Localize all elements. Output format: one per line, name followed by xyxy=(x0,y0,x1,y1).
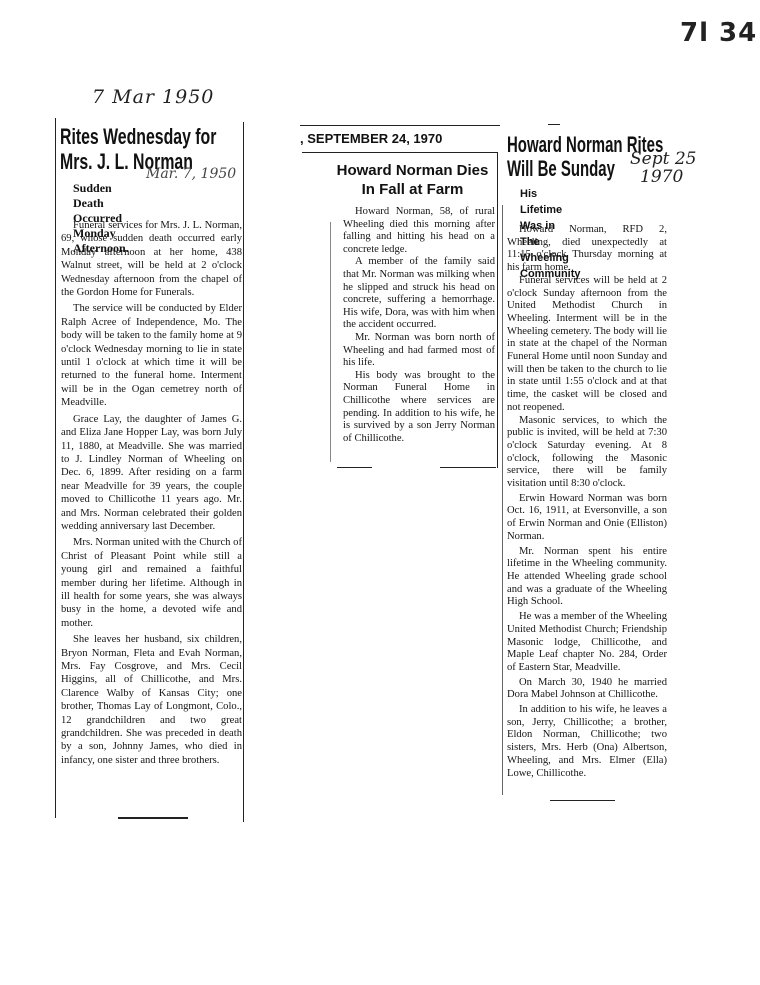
handwritten-date-top: 7 Mar 1950 xyxy=(92,86,214,108)
column-border-right xyxy=(243,122,244,822)
end-rule xyxy=(118,817,188,819)
paragraph: Mrs. Norman united with the Church of Ch… xyxy=(61,536,242,630)
paragraph: A member of the family said that Mr. Nor… xyxy=(343,256,495,332)
page-number-annotation: 7l 34 xyxy=(680,18,757,48)
headline-line-2: In Fall at Farm xyxy=(330,180,495,199)
handwritten-date-line-1: Sept 25 xyxy=(630,150,696,168)
paragraph: Erwin Howard Norman was born Oct. 16, 19… xyxy=(507,493,667,544)
end-rule-left xyxy=(337,467,372,468)
dateline-bottom-rule xyxy=(302,152,498,153)
headline: Howard Norman Dies In Fall at Farm xyxy=(330,161,495,199)
headline-line-1: Rites Wednesday for xyxy=(60,124,240,149)
column-border-left xyxy=(330,222,331,462)
paragraph: She leaves her husband, six children, Br… xyxy=(61,633,242,767)
dateline: , SEPTEMBER 24, 1970 xyxy=(300,131,442,146)
column-border-left xyxy=(55,118,56,818)
dateline-top-rule xyxy=(300,125,500,126)
handwritten-date-line-2: 1970 xyxy=(630,168,696,186)
article-body: Howard Norman, RFD 2, Wheeling, died une… xyxy=(507,224,667,780)
headline-line-1: Howard Norman Dies xyxy=(330,161,495,180)
end-rule xyxy=(550,800,615,801)
article-body: Funeral services for Mrs. J. L. Norman, … xyxy=(61,219,242,770)
end-rule-right xyxy=(440,467,496,468)
top-mark xyxy=(548,124,560,125)
paragraph: Funeral services will be held at 2 o'clo… xyxy=(507,275,667,415)
paragraph: Howard Norman, RFD 2, Wheeling, died une… xyxy=(507,224,667,275)
paragraph: Grace Lay, the daughter of James G. and … xyxy=(61,413,242,534)
paragraph: Mr. Norman was born north of Wheeling an… xyxy=(343,332,495,370)
paragraph: In addition to his wife, he leaves a son… xyxy=(507,704,667,780)
paragraph: Masonic services, to which the public is… xyxy=(507,415,667,491)
handwritten-date-inline: Mar. 7, 1950 xyxy=(146,166,236,182)
column-border-right xyxy=(497,153,498,468)
paragraph: Mr. Norman spent his entire lifetime in … xyxy=(507,546,667,610)
paragraph: His body was brought to the Norman Funer… xyxy=(343,370,495,446)
handwritten-date: Sept 25 1970 xyxy=(630,150,696,186)
article-body: Howard Norman, 58, of rural Wheeling die… xyxy=(343,206,495,445)
paragraph: On March 30, 1940 he married Dora Mabel … xyxy=(507,677,667,702)
column-border-left xyxy=(502,205,503,795)
paragraph: Howard Norman, 58, of rural Wheeling die… xyxy=(343,206,495,256)
paragraph: The service will be conducted by Elder R… xyxy=(61,302,242,409)
paragraph: Funeral services for Mrs. J. L. Norman, … xyxy=(61,219,242,299)
paragraph: He was a member of the Wheeling United M… xyxy=(507,611,667,675)
